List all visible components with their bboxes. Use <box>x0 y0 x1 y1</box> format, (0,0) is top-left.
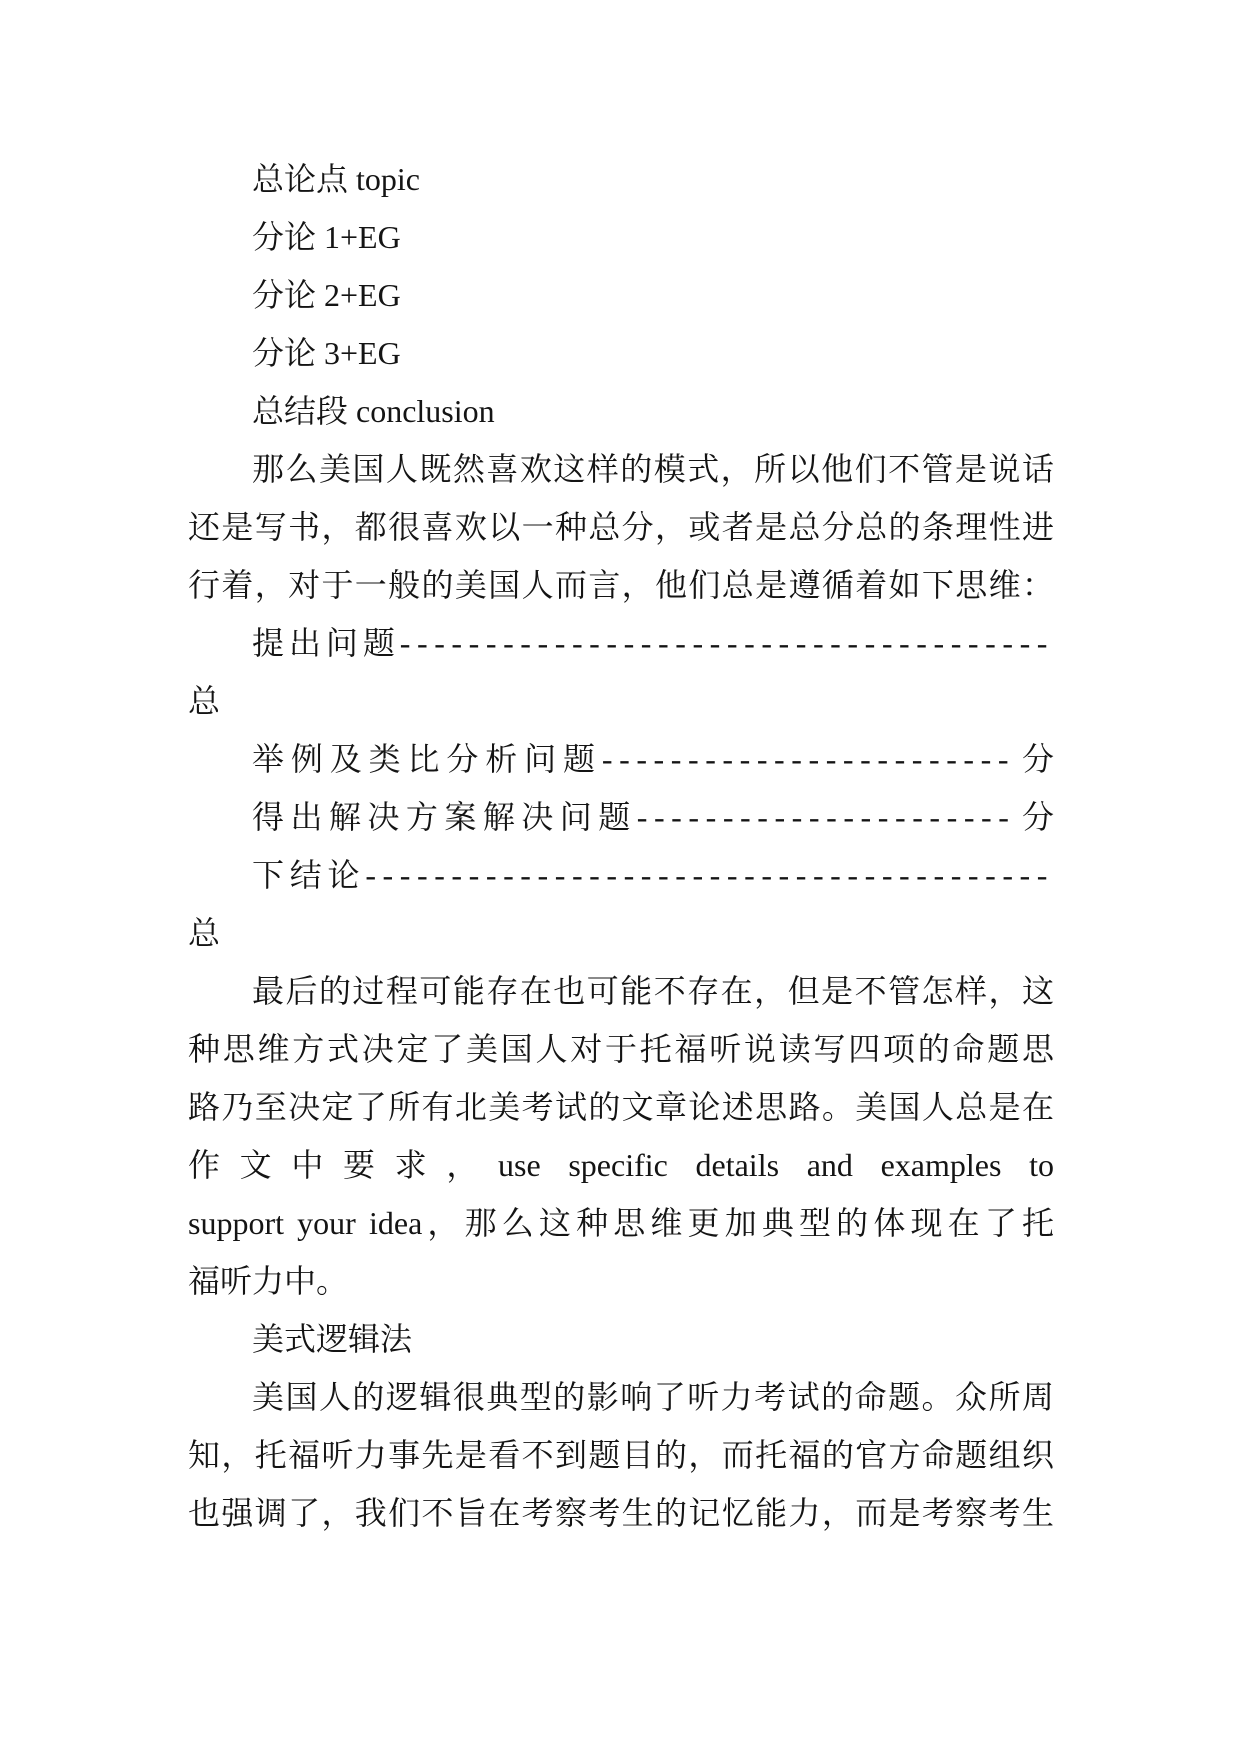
line-text: 最后的过程可能存在也可能不存在，但是不管怎样，这 <box>252 973 1054 1009</box>
line-text: 分论 3+EG <box>252 335 401 371</box>
line-text: 美式逻辑法 <box>252 1321 412 1357</box>
flow-step-line: 下结论-------------------------------------… <box>188 846 1054 904</box>
line-text: 还是写书，都很喜欢以一种总分，或者是总分总的条理性进 <box>188 509 1054 545</box>
dash-leader: ---------------------------------------- <box>365 857 1054 893</box>
dash-leader: ------------------------ <box>602 741 1015 777</box>
line-text: 总论点 topic <box>252 161 420 197</box>
line-text: 分论 1+EG <box>252 219 401 255</box>
flow-step-wrap-line: 总 <box>188 672 1054 730</box>
paragraph-line: 还是写书，都很喜欢以一种总分，或者是总分总的条理性进 <box>188 498 1054 556</box>
line-text2: 分 <box>1016 799 1054 835</box>
flow-step-line: 提出问题------------------------------------… <box>188 614 1054 672</box>
line-text: 作文中要求，use specific details and examples … <box>188 1147 1054 1183</box>
paragraph-line: 路乃至决定了所有北美考试的文章论述思路。美国人总是在 <box>188 1078 1054 1136</box>
paragraph-line: 行着，对于一般的美国人而言，他们总是遵循着如下思维： <box>188 556 1054 614</box>
paragraph-line: 种思维方式决定了美国人对于托福听说读写四项的命题思 <box>188 1020 1054 1078</box>
line-text: 美国人的逻辑很典型的影响了听力考试的命题。众所周 <box>252 1379 1054 1415</box>
flow-step-line: 得出解决方案解决问题----------------------分 <box>188 788 1054 846</box>
outline-line: 总结段 conclusion <box>188 382 1054 440</box>
line-text: 总 <box>188 683 220 719</box>
paragraph-line: support your idea，那么这种思维更加典型的体现在了托 <box>188 1194 1054 1252</box>
line-text: 提出问题 <box>252 625 400 661</box>
document-page: 总论点 topic 分论 1+EG 分论 2+EG 分论 3+EG 总结段 co… <box>0 0 1241 1754</box>
line-text: 总 <box>188 915 220 951</box>
dash-leader: -------------------------------------- <box>400 625 1054 661</box>
outline-line: 分论 1+EG <box>188 208 1054 266</box>
flow-step-wrap-line: 总 <box>188 904 1054 962</box>
line-text: support your idea，那么这种思维更加典型的体现在了托 <box>188 1205 1054 1241</box>
line-text: 路乃至决定了所有北美考试的文章论述思路。美国人总是在 <box>188 1089 1054 1125</box>
paragraph-line: 也强调了，我们不旨在考察考生的记忆能力，而是考察考生 <box>188 1484 1054 1542</box>
flow-step-line: 举例及类比分析问题------------------------分 <box>188 730 1054 788</box>
line-text: 行着，对于一般的美国人而言，他们总是遵循着如下思维： <box>188 567 1054 603</box>
line-text: 下结论 <box>252 857 365 893</box>
line-text: 总结段 conclusion <box>252 393 495 429</box>
outline-line: 分论 3+EG <box>188 324 1054 382</box>
dash-leader: ---------------------- <box>637 799 1016 835</box>
paragraph-line: 美国人的逻辑很典型的影响了听力考试的命题。众所周 <box>188 1368 1054 1426</box>
outline-line: 总论点 topic <box>188 150 1054 208</box>
paragraph-line: 福听力中。 <box>188 1252 1054 1310</box>
paragraph-line: 作文中要求，use specific details and examples … <box>188 1136 1054 1194</box>
line-text: 分论 2+EG <box>252 277 401 313</box>
line-text2: 分 <box>1015 741 1054 777</box>
paragraph-line: 那么美国人既然喜欢这样的模式，所以他们不管是说话 <box>188 440 1054 498</box>
line-text: 种思维方式决定了美国人对于托福听说读写四项的命题思 <box>188 1031 1054 1067</box>
line-text: 知，托福听力事先是看不到题目的，而托福的官方命题组织 <box>188 1437 1054 1473</box>
outline-line: 分论 2+EG <box>188 266 1054 324</box>
line-text: 那么美国人既然喜欢这样的模式，所以他们不管是说话 <box>252 451 1054 487</box>
paragraph-line: 最后的过程可能存在也可能不存在，但是不管怎样，这 <box>188 962 1054 1020</box>
line-text: 也强调了，我们不旨在考察考生的记忆能力，而是考察考生 <box>188 1495 1054 1531</box>
section-heading-line: 美式逻辑法 <box>188 1310 1054 1368</box>
line-text: 举例及类比分析问题 <box>252 741 602 777</box>
paragraph-line: 知，托福听力事先是看不到题目的，而托福的官方命题组织 <box>188 1426 1054 1484</box>
line-text: 福听力中。 <box>188 1263 348 1299</box>
line-text: 得出解决方案解决问题 <box>252 799 637 835</box>
